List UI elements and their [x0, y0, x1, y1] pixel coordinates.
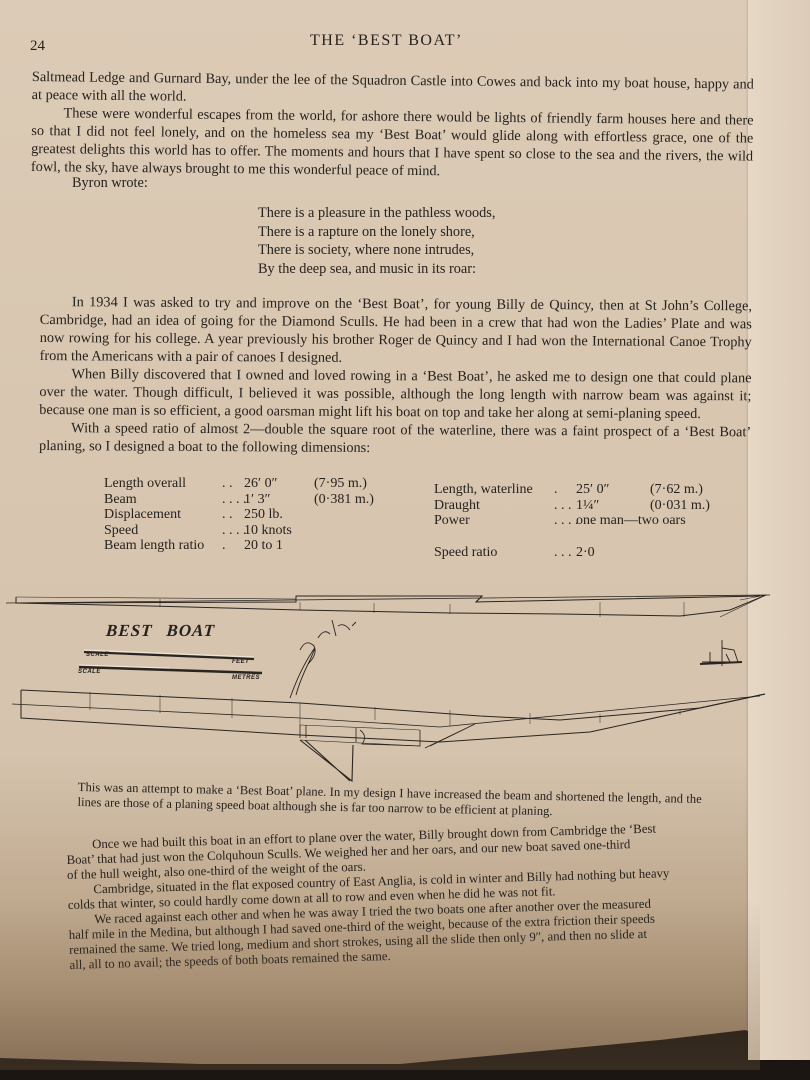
- poem-line: There is a pleasure in the pathless wood…: [258, 204, 495, 223]
- dimension-row: Beam. . . .1′ 3″(0·381 m.): [104, 492, 374, 508]
- scale-feet-unit: FEET: [232, 659, 249, 665]
- dimension-label: Power: [434, 513, 554, 529]
- dimension-metric: (0·031 m.): [650, 498, 710, 514]
- drawing-title: BESTBOAT: [105, 621, 229, 641]
- dimension-row: Speed ratio. . .2·0: [434, 545, 710, 561]
- dimension-row: Speed. . . .10 knots: [104, 523, 374, 539]
- scale-metres-unit: METRES: [232, 675, 260, 681]
- dimension-row: Beam length ratio.20 to 1: [104, 538, 374, 554]
- dimension-metric: (7·62 m.): [650, 482, 703, 498]
- dimension-value: 10 knots: [244, 523, 314, 539]
- poem-line: There is a rapture on the lonely shore,: [258, 223, 495, 242]
- dimension-metric: (0·381 m.): [314, 492, 374, 508]
- leader-dots: .: [222, 538, 244, 554]
- dimension-label: Length, waterline: [434, 482, 554, 498]
- dimension-label: Beam: [104, 492, 222, 508]
- dimensions-table-left: Length overall. .26′ 0″(7·95 m.)Beam. . …: [104, 476, 374, 554]
- dimension-label: Speed ratio: [434, 545, 554, 561]
- leader-dots: . . . .: [554, 513, 576, 529]
- scale-feet-label: SCALE: [86, 652, 109, 658]
- dimension-row: Length overall. .26′ 0″(7·95 m.): [104, 476, 374, 492]
- dimension-label: Speed: [104, 523, 222, 539]
- dimension-value: 26′ 0″: [244, 476, 314, 492]
- byron-intro: Byron wrote:: [72, 175, 148, 192]
- leader-dots: . .: [222, 476, 244, 492]
- page-number: 24: [30, 38, 45, 55]
- leader-dots: .: [554, 482, 576, 498]
- poem-line: By the deep sea, and music in its roar:: [258, 260, 495, 279]
- dimension-value: 2·0: [576, 545, 650, 561]
- body-text-section-3: Once we had built this boat in an effort…: [66, 820, 720, 973]
- paragraph: With a speed ratio of almost 2—double th…: [39, 419, 751, 459]
- dimension-row: Displacement. .250 lb.: [104, 507, 374, 523]
- facing-page-edge: [748, 0, 810, 1060]
- dimension-value: 1¼″: [576, 498, 650, 514]
- running-head: 24 THE ‘BEST BOAT’: [0, 30, 810, 60]
- dimension-label: Length overall: [104, 476, 222, 492]
- dimension-value: 1′ 3″: [244, 492, 314, 508]
- dimension-label: Displacement: [104, 507, 222, 523]
- dimension-value: 20 to 1: [244, 538, 314, 554]
- leader-dots: . . .: [554, 545, 576, 561]
- drawing-title-word: BOAT: [166, 621, 216, 640]
- boat-plan-drawing: [0, 580, 810, 790]
- leader-dots: . . . .: [222, 492, 244, 508]
- paragraph: In 1934 I was asked to try and improve o…: [40, 293, 752, 369]
- leader-dots: . . .: [554, 498, 576, 514]
- dimension-row: Draught. . .1¼″(0·031 m.): [434, 498, 710, 514]
- poem-quote: There is a pleasure in the pathless wood…: [258, 204, 495, 278]
- body-text-section-2: In 1934 I was asked to try and improve o…: [39, 293, 752, 459]
- dimension-row: Power. . . .one man—two oars: [434, 513, 710, 529]
- dimension-label: Beam length ratio: [104, 538, 222, 554]
- dimension-row: Length, waterline.25′ 0″(7·62 m.): [434, 482, 710, 498]
- dimension-value: 25′ 0″: [576, 482, 650, 498]
- dimensions-table-right: Length, waterline.25′ 0″(7·62 m.)Draught…: [434, 482, 710, 560]
- body-text-section-1: Saltmead Ledge and Gurnard Bay, under th…: [31, 68, 754, 184]
- dimension-label: Draught: [434, 498, 554, 514]
- dimension-value: 250 lb.: [244, 507, 314, 523]
- paragraph: When Billy discovered that I owned and l…: [39, 365, 751, 423]
- leader-dots: . .: [222, 507, 244, 523]
- dimension-value: one man—two oars: [576, 513, 650, 529]
- spacer: [434, 529, 710, 545]
- dimension-metric: (7·95 m.): [314, 476, 367, 492]
- drawing-title-word: BEST: [105, 621, 153, 640]
- leader-dots: . . . .: [222, 523, 244, 539]
- paragraph: These were wonderful escapes from the wo…: [31, 104, 754, 184]
- scale-metres-label: SCALE: [78, 669, 101, 675]
- poem-line: There is society, where none intrudes,: [258, 241, 495, 260]
- running-title: THE ‘BEST BOAT’: [310, 32, 463, 50]
